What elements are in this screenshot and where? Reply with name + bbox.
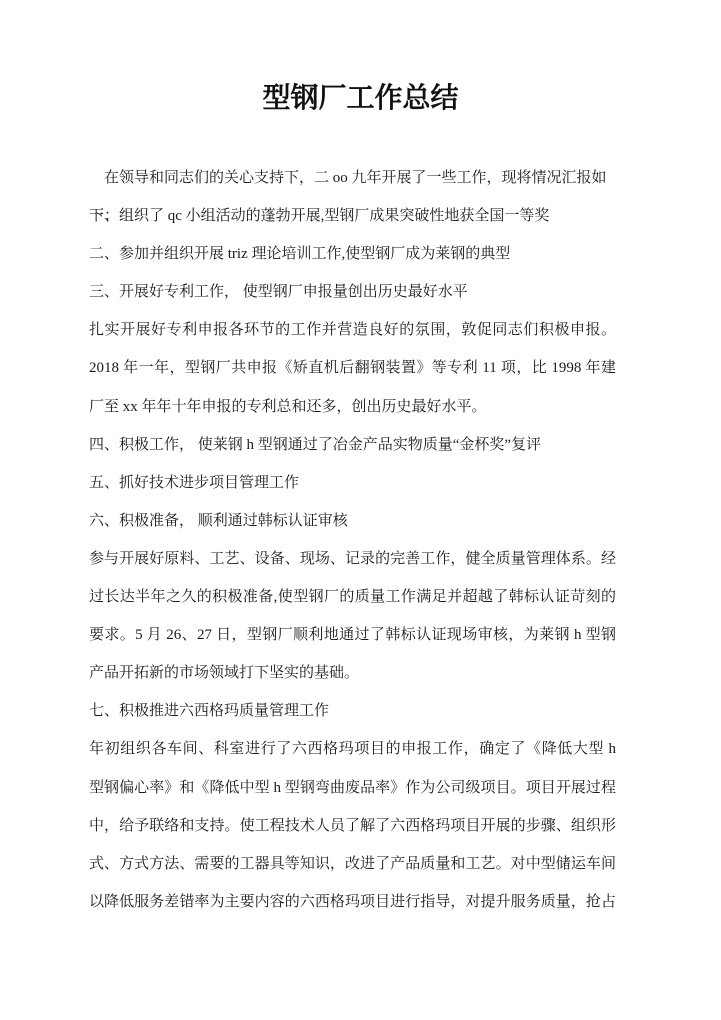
text-line: 2018 年一年，型钢厂共申报《矫直机后翻钢装置》等专利 11 项，比 1998… [89, 349, 616, 387]
text-line: 扎实开展好专利申报各环节的工作并营造良好的氛围，敦促同志们积极申报。 [89, 311, 616, 349]
text-line: 要求。5 月 26、27 日，型钢厂顺利地通过了韩标认证现场审核，为莱钢 h 型… [89, 616, 616, 654]
document-body: 在领导和同志们的关心支持下，二 oo 九年开展了一些工作，现将情况汇报如下：一、… [89, 159, 616, 921]
text-line: 以降低服务差错率为主要内容的六西格玛项目进行指导，对提升服务质量，抢占 [89, 883, 616, 921]
text-line: 一、组织了 qc 小组活动的蓬勃开展,型钢厂成果突破性地获全国一等奖 [89, 197, 616, 235]
text-line: 五、抓好技术进步项目管理工作 [89, 464, 616, 502]
text-line: 产品开拓新的市场领域打下坚实的基础。 [89, 654, 616, 692]
text-line: 年初组织各车间、科室进行了六西格玛项目的申报工作，确定了《降低大型 h [89, 730, 616, 768]
text-line: 中，给予联络和支持。使工程技术人员了解了六西格玛项目开展的步骤、组织形 [89, 807, 616, 845]
text-line: 二、参加并组织开展 triz 理论培训工作,使型钢厂成为莱钢的典型 [89, 235, 616, 273]
text-line: 在领导和同志们的关心支持下，二 oo 九年开展了一些工作，现将情况汇报如下： [89, 159, 616, 197]
text-line: 四、积极工作， 使莱钢 h 型钢通过了冶金产品实物质量“金杯奖”复评 [89, 426, 616, 464]
text-line: 三、开展好专利工作， 使型钢厂申报量创出历史最好水平 [89, 273, 616, 311]
text-line: 厂至 xx 年年十年申报的专利总和还多，创出历史最好水平。 [89, 388, 616, 426]
document-title: 型钢厂工作总结 [0, 82, 721, 116]
text-line: 六、积极准备， 顺利通过韩标认证审核 [89, 502, 616, 540]
text-line: 型钢偏心率》和《降低中型 h 型钢弯曲废品率》作为公司级项目。项目开展过程 [89, 769, 616, 807]
text-line: 七、积极推进六西格玛质量管理工作 [89, 692, 616, 730]
text-line: 式、方式方法、需要的工器具等知识，改进了产品质量和工艺。对中型储运车间 [89, 845, 616, 883]
text-line: 过长达半年之久的积极准备,使型钢厂的质量工作满足并超越了韩标认证苛刻的 [89, 578, 616, 616]
document-page: 型钢厂工作总结 在领导和同志们的关心支持下，二 oo 九年开展了一些工作，现将情… [0, 0, 721, 1020]
text-line: 参与开展好原料、工艺、设备、现场、记录的完善工作，健全质量管理体系。经 [89, 540, 616, 578]
